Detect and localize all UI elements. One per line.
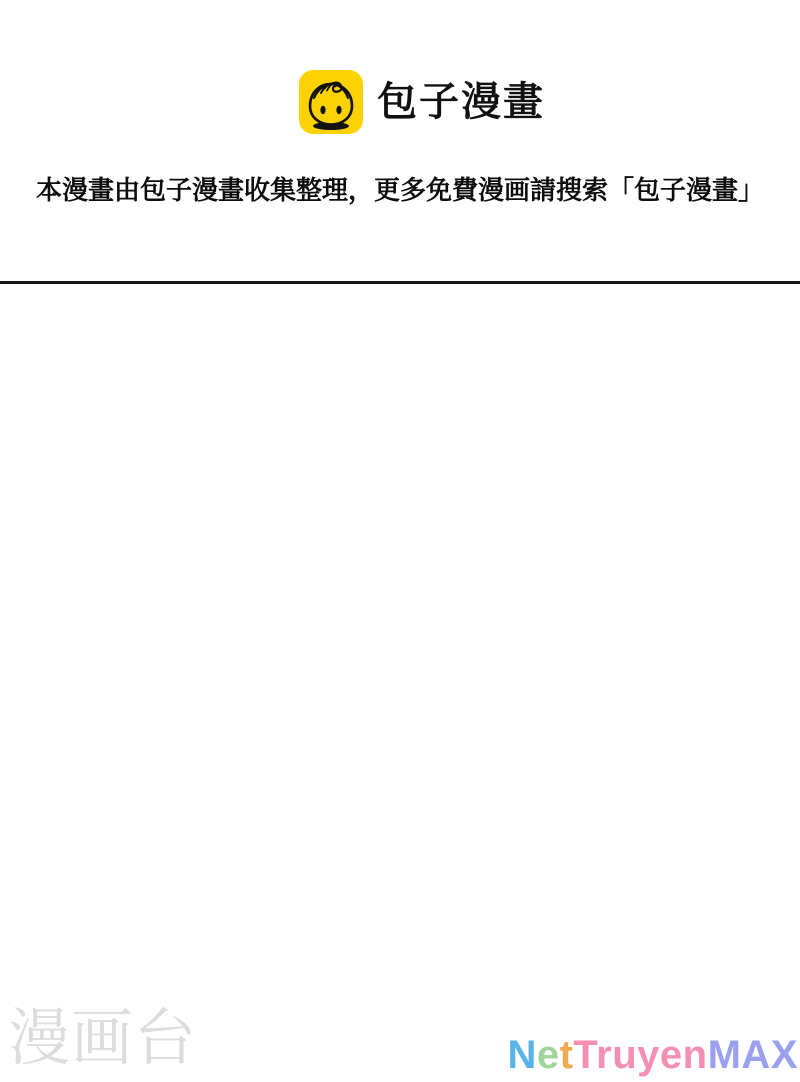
watermark-letter: T [573,1033,596,1077]
baozi-logo-text: 包子漫畫 [377,82,545,122]
watermark-letter: r [596,1033,612,1077]
manhuatai-watermark: 漫画台 [8,1005,197,1073]
collection-notice-text: 本漫畫由包子漫畫收集整理，更多免費漫画請搜索「包子漫畫」 [0,170,800,210]
watermark-letter: e [537,1033,560,1077]
baozi-bun-icon [299,70,363,134]
watermark-letter: t [560,1033,574,1077]
watermark-letter: M [708,1033,742,1077]
nettruyen-watermark: NetTruyenMAX [507,1035,798,1075]
watermark-letter: e [660,1033,683,1077]
watermark-letter: N [507,1033,536,1077]
watermark-letter: X [771,1033,798,1077]
watermark-letter: y [637,1033,660,1077]
baozi-logo: 包子漫畫 [22,70,800,134]
watermark-letter: n [683,1033,708,1077]
comic-content-area [0,284,800,1004]
watermark-letter: A [741,1033,770,1077]
watermark-letter: u [612,1033,637,1077]
